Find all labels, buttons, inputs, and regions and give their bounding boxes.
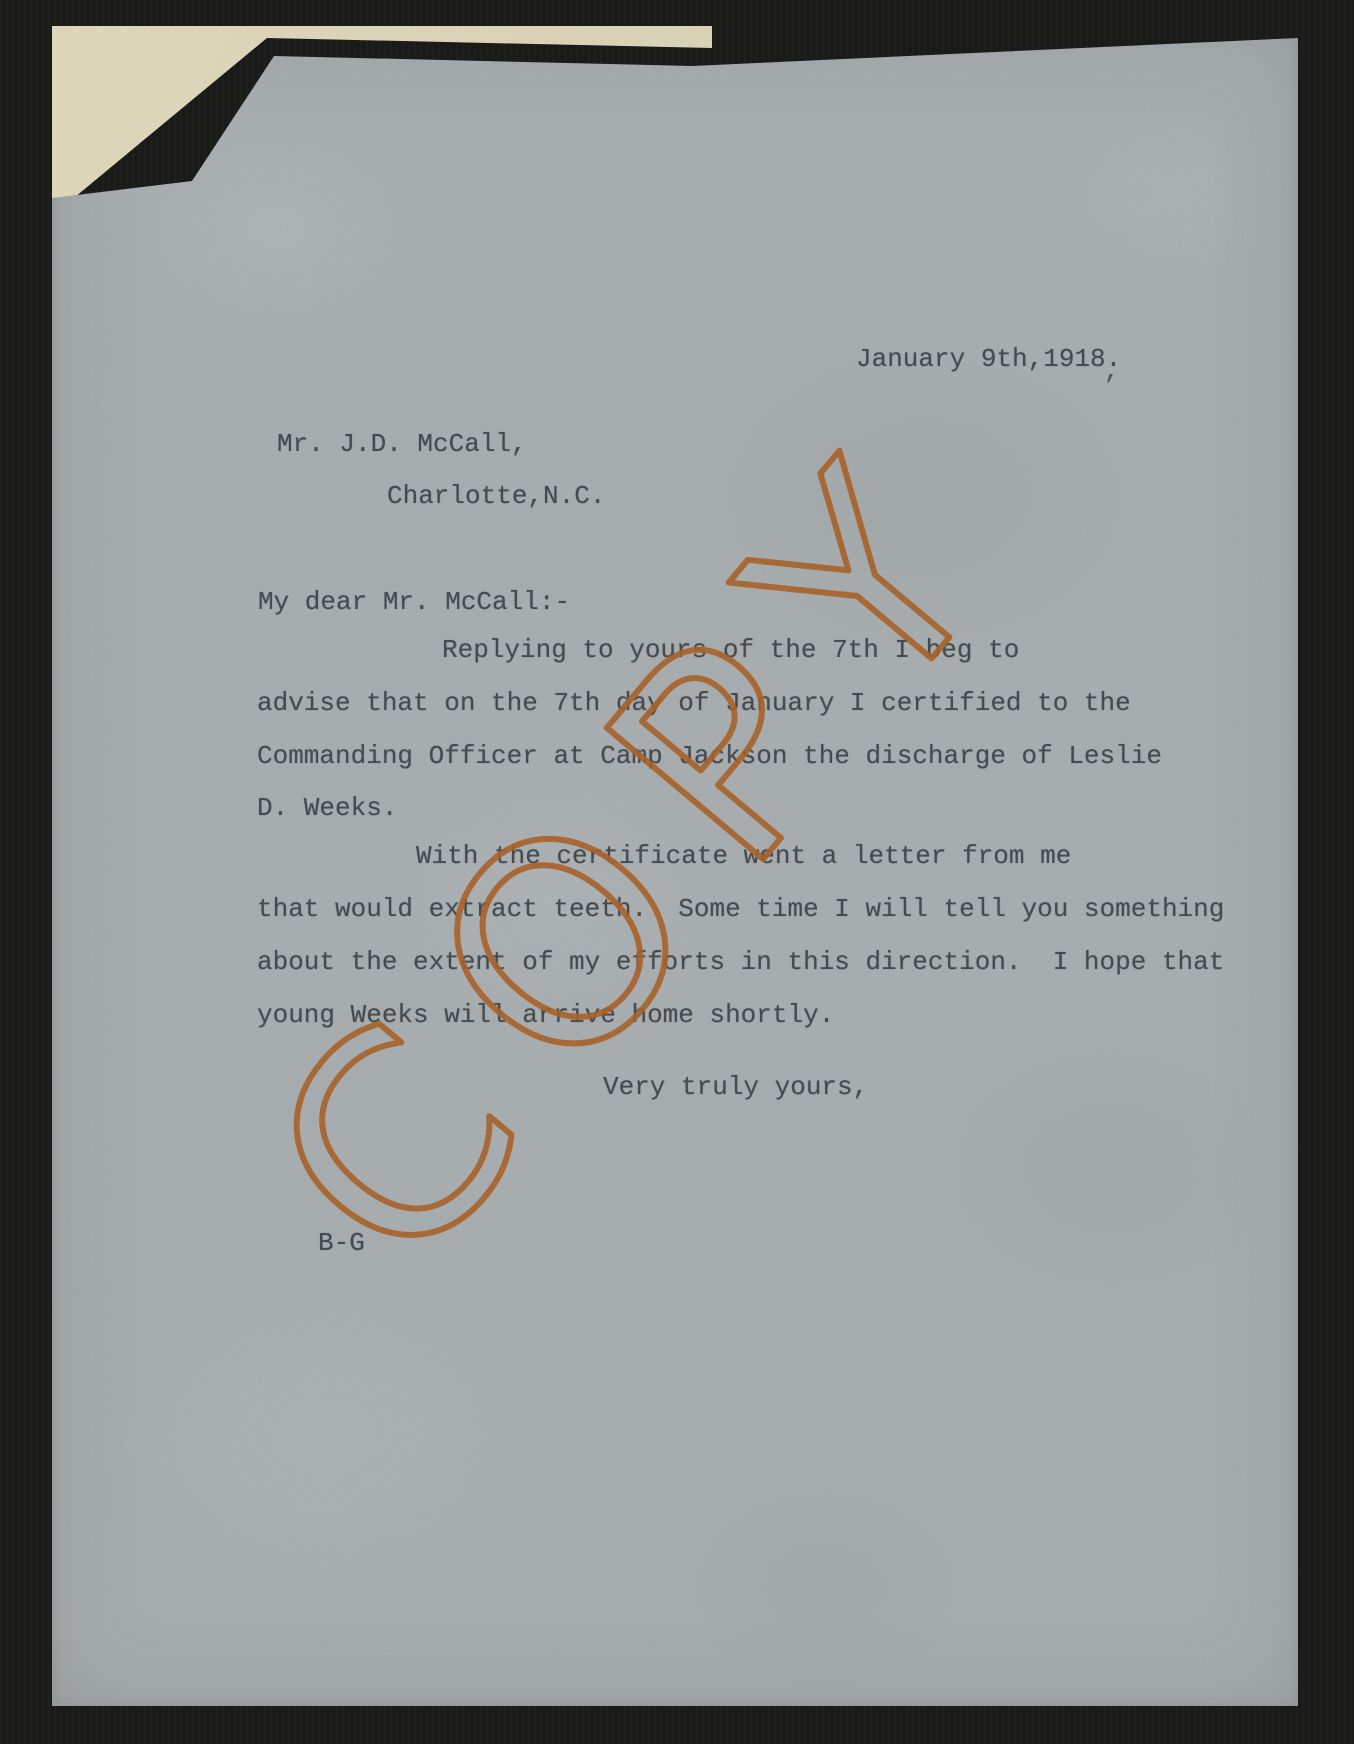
copy-stamp: COPY [0,0,1354,1744]
copy-stamp-text: COPY [209,374,1082,1326]
